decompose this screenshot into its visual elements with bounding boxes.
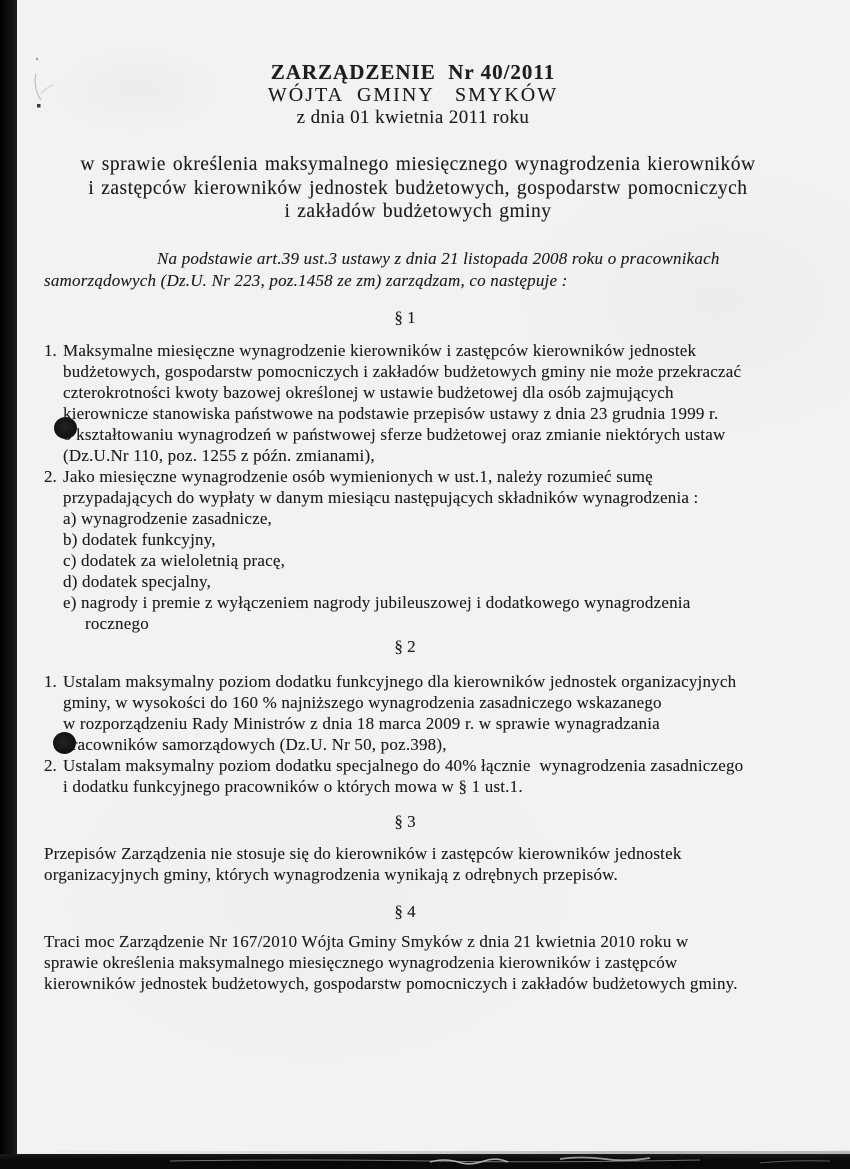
text-line: o kształtowaniu wynagrodzeń w państwowej… bbox=[63, 424, 802, 445]
text-line: Jako miesięczne wynagrodzenie osób wymie… bbox=[63, 466, 802, 487]
sub-list: a) wynagrodzenie zasadnicze,b) dodatek f… bbox=[63, 508, 802, 613]
legal-preamble: Na podstawie art.39 ust.3 ustawy z dnia … bbox=[44, 248, 802, 292]
section-2-list: 1. Ustalam maksymalny poziom dodatku fun… bbox=[44, 671, 802, 797]
text-line: e) nagrody i premie z wyłączeniem nagrod… bbox=[63, 592, 802, 613]
text-line: Maksymalne miesięczne wynagrodzenie kier… bbox=[63, 340, 802, 361]
title-line-date: z dnia 01 kwietnia 2011 roku bbox=[34, 107, 792, 129]
text-line: gminy, w wysokości do 160 % najniższego … bbox=[63, 692, 802, 713]
section-1-item-1: 1. Maksymalne miesięczne wynagrodzenie k… bbox=[44, 340, 802, 466]
item-number: 1. bbox=[44, 671, 57, 692]
text-line: czterokrotności kwoty bazowej określonej… bbox=[63, 382, 802, 403]
item-number: 2. bbox=[44, 755, 57, 776]
text-line: w sprawie określenia maksymalnego miesię… bbox=[39, 153, 797, 177]
text-line: kierowników jednostek budżetowych, gospo… bbox=[44, 973, 802, 994]
text-line: (Dz.U.Nr 110, poz. 1255 z późn. zmianami… bbox=[63, 445, 802, 466]
text-line: i zakładów budżetowych gminy bbox=[39, 200, 797, 224]
section-heading-4: § 4 bbox=[26, 901, 784, 922]
section-heading-3: § 3 bbox=[26, 811, 784, 832]
section-2-item-2: 2. Ustalam maksymalny poziom dodatku spe… bbox=[44, 755, 802, 797]
hole-punch-mark-bottom bbox=[53, 732, 76, 754]
text-line: Ustalam maksymalny poziom dodatku funkcy… bbox=[63, 671, 802, 692]
text-line: kierownicze stanowiska państwowe na pods… bbox=[63, 403, 802, 424]
text-line: pracowników samorządowych (Dz.U. Nr 50, … bbox=[63, 734, 802, 755]
scanned-page: ZARZĄDZENIE Nr 40/2011 WÓJTA GMINY SMYKÓ… bbox=[0, 0, 850, 1169]
item-text: Maksymalne miesięczne wynagrodzenie kier… bbox=[63, 340, 802, 466]
section-1-item-2: 2. Jako miesięczne wynagrodzenie osób wy… bbox=[44, 466, 802, 634]
section-3-paragraph: Przepisów Zarządzenia nie stosuje się do… bbox=[44, 843, 802, 885]
section-1-list: 1. Maksymalne miesięczne wynagrodzenie k… bbox=[44, 340, 802, 634]
scan-edge-streaks bbox=[0, 1154, 850, 1169]
item-text: Ustalam maksymalny poziom dodatku funkcy… bbox=[63, 671, 802, 755]
text-line: samorządowych (Dz.U. Nr 223, poz.1458 ze… bbox=[44, 270, 802, 292]
text-line: sprawie określenia maksymalnego miesięcz… bbox=[44, 952, 802, 973]
text-line: przypadających do wypłaty w danym miesią… bbox=[63, 487, 802, 508]
text-line: c) dodatek za wieloletnią pracę, bbox=[63, 550, 802, 571]
section-heading-1: § 1 bbox=[26, 307, 784, 328]
item-number: 2. bbox=[44, 466, 57, 487]
item-number: 1. bbox=[44, 340, 57, 361]
text-line: organizacyjnych gminy, których wynagrodz… bbox=[44, 864, 802, 885]
text-line: i zastępców kierowników jednostek budżet… bbox=[39, 177, 797, 201]
scan-bottom-border bbox=[0, 1154, 850, 1169]
text-line: Przepisów Zarządzenia nie stosuje się do… bbox=[44, 843, 802, 864]
section-2-item-1: 1. Ustalam maksymalny poziom dodatku fun… bbox=[44, 671, 802, 755]
text-line: w rozporządzeniu Rady Ministrów z dnia 1… bbox=[63, 713, 802, 734]
text-line: Na podstawie art.39 ust.3 ustawy z dnia … bbox=[44, 248, 802, 270]
title-line-issuer: WÓJTA GMINY SMYKÓW bbox=[34, 84, 792, 107]
text-line: Ustalam maksymalny poziom dodatku specja… bbox=[63, 755, 802, 776]
document-title: ZARZĄDZENIE Nr 40/2011 WÓJTA GMINY SMYKÓ… bbox=[34, 60, 792, 129]
section-4-paragraph: Traci moc Zarządzenie Nr 167/2010 Wójta … bbox=[44, 931, 802, 994]
text-line: d) dodatek specjalny, bbox=[63, 571, 802, 592]
scan-left-border bbox=[0, 0, 17, 1169]
text-line: i dodatku funkcyjnego pracowników o któr… bbox=[63, 776, 802, 797]
text-line: Traci moc Zarządzenie Nr 167/2010 Wójta … bbox=[44, 931, 802, 952]
title-line-number: ZARZĄDZENIE Nr 40/2011 bbox=[34, 60, 792, 84]
sub-list-continuation: rocznego bbox=[63, 613, 802, 634]
item-text: Ustalam maksymalny poziom dodatku specja… bbox=[63, 755, 802, 797]
document-subject: w sprawie określenia maksymalnego miesię… bbox=[39, 153, 797, 224]
item-text: Jako miesięczne wynagrodzenie osób wymie… bbox=[63, 466, 802, 508]
hole-punch-mark-top bbox=[54, 417, 77, 439]
document-content: ZARZĄDZENIE Nr 40/2011 WÓJTA GMINY SMYKÓ… bbox=[0, 0, 850, 1169]
text-line: budżetowych, gospodarstw pomocniczych i … bbox=[63, 361, 802, 382]
text-line: a) wynagrodzenie zasadnicze, bbox=[63, 508, 802, 529]
section-heading-2: § 2 bbox=[26, 636, 784, 657]
text-line: b) dodatek funkcyjny, bbox=[63, 529, 802, 550]
